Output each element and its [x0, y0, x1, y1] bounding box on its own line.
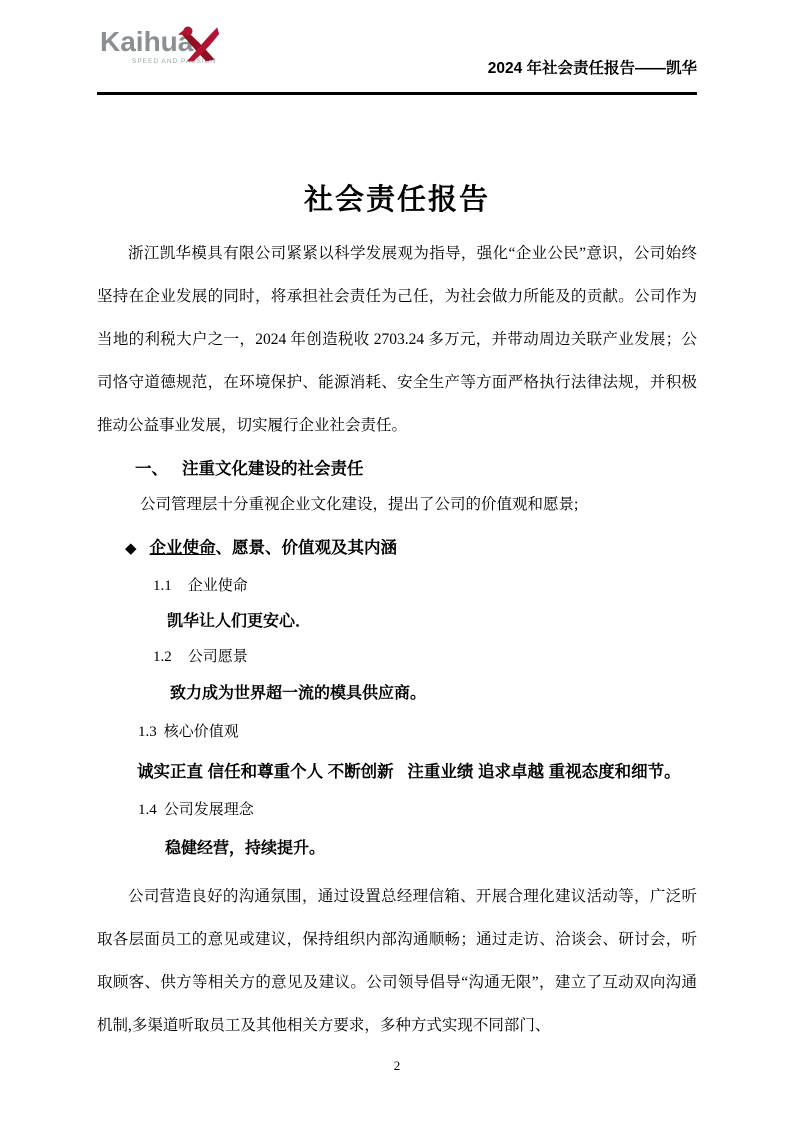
report-page: Kaihua SPEED AND PASSION 2024 年社会责任报告——凯…	[0, 0, 794, 1123]
item-1-1-label: 1.1企业使命	[153, 575, 697, 597]
item-1-4-title: 公司发展理念	[164, 802, 254, 818]
section-1-number: 一、	[135, 460, 168, 478]
item-1-3-value: 诚实正直 信任和尊重个人 不断创新 注重业绩 追求卓越 重视态度和细节。	[137, 761, 697, 783]
page-number: 2	[0, 1058, 794, 1074]
item-1-3-label: 1.3核心价值观	[138, 721, 697, 743]
diamond-bullet-icon: ◆	[125, 540, 137, 557]
item-1-1-title: 企业使命	[188, 578, 248, 594]
communication-paragraph: 公司营造良好的沟通氛围，通过设置总经理信箱、开展合理化建议活动等，广泛听取各层面…	[97, 875, 697, 1047]
kaihua-bird-icon	[176, 22, 220, 64]
values-bullet-heading: ◆企业使命、愿景、价值观及其内涵	[125, 536, 697, 561]
values-bullet-title-underlined: 企业使命	[150, 539, 216, 557]
document-title: 社会责任报告	[97, 180, 697, 220]
section-1-title: 注重文化建设的社会责任	[182, 460, 364, 478]
item-1-1-value: 凯华让人们更安心．	[167, 611, 697, 633]
item-1-3-number: 1.3	[138, 724, 157, 740]
kaihua-logo: Kaihua SPEED AND PASSION	[100, 27, 220, 79]
item-1-2-number: 1.2	[153, 649, 172, 665]
item-1-4-label: 1.4公司发展理念	[138, 799, 697, 821]
item-1-2-value: 致力成为世界超一流的模具供应商。	[170, 683, 697, 705]
intro-paragraph: 浙江凯华模具有限公司紧紧以科学发展观为指导，强化“企业公民”意识，公司始终坚持在…	[97, 232, 697, 447]
item-1-2-title: 公司愿景	[188, 649, 248, 665]
item-1-4-value: 稳健经营，持续提升。	[165, 838, 697, 860]
document-body: 社会责任报告 浙江凯华模具有限公司紧紧以科学发展观为指导，强化“企业公民”意识，…	[97, 94, 697, 1047]
item-1-3-title: 核心价值观	[164, 724, 239, 740]
item-1-2-label: 1.2公司愿景	[153, 646, 697, 668]
item-1-4-number: 1.4	[138, 802, 157, 818]
item-1-1-number: 1.1	[153, 578, 172, 594]
section-1-intro: 公司管理层十分重视企业文化建设，提出了公司的价值观和愿景;	[140, 493, 697, 517]
values-bullet-title: 、愿景、价值观及其内涵	[216, 539, 398, 557]
section-1-heading: 一、注重文化建设的社会责任	[135, 457, 697, 481]
running-header-title: 2024 年社会责任报告——凯华	[488, 59, 697, 79]
